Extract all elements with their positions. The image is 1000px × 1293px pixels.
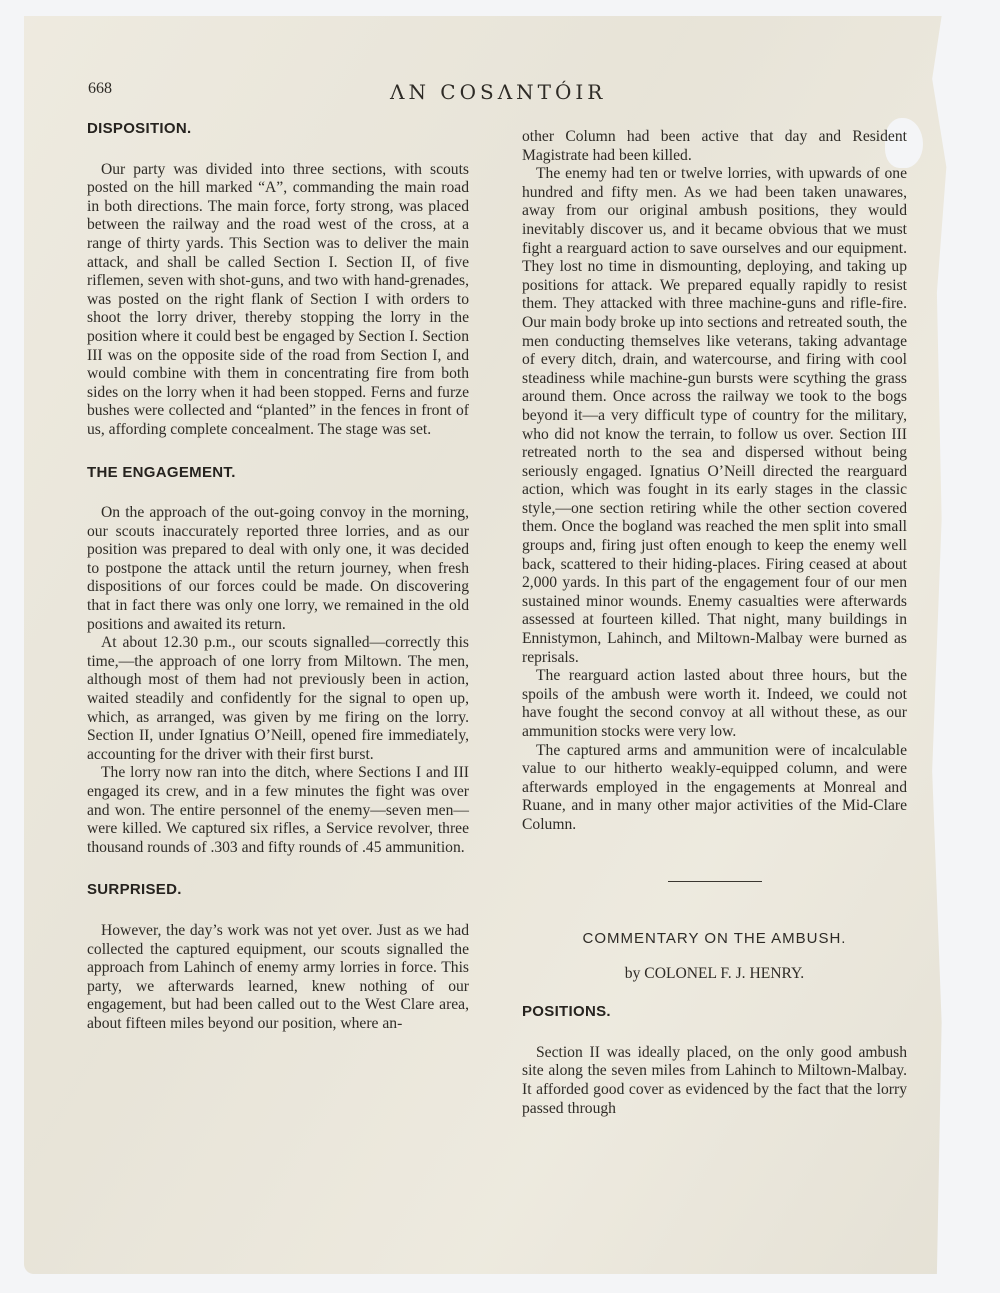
masthead-title: ΛΝ COSΛΝΤÓIR — [390, 80, 606, 104]
paragraph: Section II was ideally placed, on the on… — [522, 1044, 907, 1118]
right-column: other Column had been active that day an… — [522, 128, 907, 1118]
paragraph: On the approach of the out-going convoy … — [87, 504, 469, 634]
left-column: DISPOSITION. Our party was divided into … — [87, 120, 469, 1034]
section-divider — [668, 881, 762, 883]
section-heading-positions: POSITIONS. — [522, 1003, 907, 1022]
paragraph: The enemy had ten or twelve lorries, wit… — [522, 165, 907, 667]
commentary-title: COMMENTARY ON THE AMBUSH. — [522, 930, 907, 949]
paragraph: At about 12.30 p.m., our scouts signalle… — [87, 634, 469, 764]
paragraph: However, the day’s work was not yet over… — [87, 922, 469, 1034]
paragraph: The captured arms and ammunition were of… — [522, 742, 907, 835]
paragraph-continued: other Column had been active that day an… — [522, 128, 907, 165]
paragraph: The rearguard action lasted about three … — [522, 667, 907, 741]
paragraph: Our party was divided into three section… — [87, 161, 469, 440]
section-heading-engagement: THE ENGAGEMENT. — [87, 464, 469, 483]
section-heading-surprised: SURPRISED. — [87, 881, 469, 900]
section-heading-disposition: DISPOSITION. — [87, 120, 469, 139]
author-byline: by COLONEL F. J. HENRY. — [522, 965, 907, 984]
page-number: 668 — [88, 80, 112, 98]
paragraph: The lorry now ran into the ditch, where … — [87, 764, 469, 857]
